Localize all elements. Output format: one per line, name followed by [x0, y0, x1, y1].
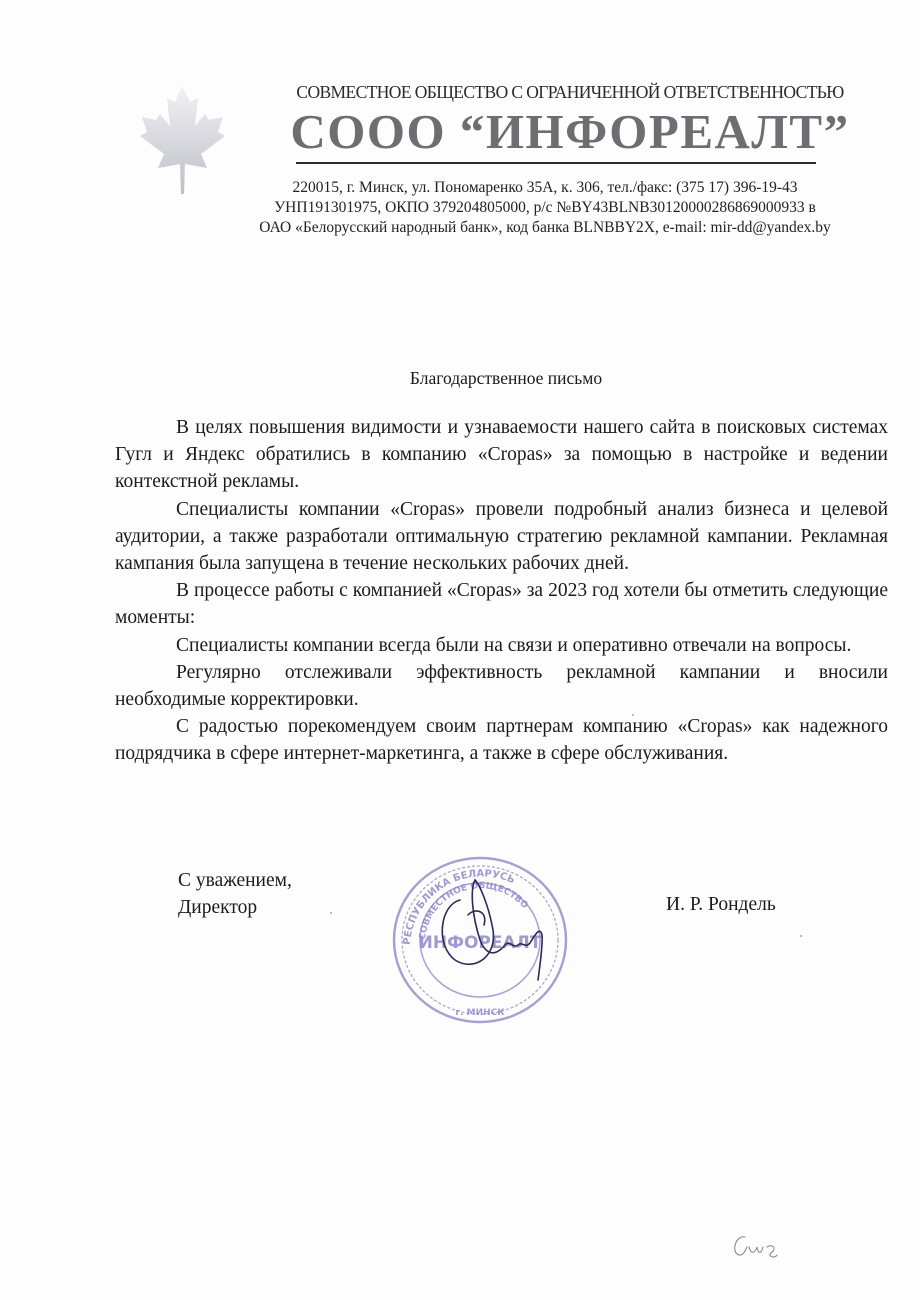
scan-speck — [285, 646, 287, 648]
letter-paragraph: Регулярно отслеживали эффективность рекл… — [115, 659, 888, 713]
scan-speck — [330, 912, 332, 914]
handwritten-initials-icon — [725, 1225, 795, 1265]
company-legal-form: СОВМЕСТНОЕ ОБЩЕСТВО С ОГРАНИЧЕННОЙ ОТВЕТ… — [280, 82, 860, 103]
stamp-bottom-text: г. МИНСК — [455, 1008, 505, 1018]
letterhead-divider — [296, 162, 816, 164]
letter-paragraph: Специалисты компании «Cropas» провели по… — [115, 496, 888, 578]
company-contacts: 220015, г. Минск, ул. Пономаренко 35А, к… — [200, 178, 890, 238]
letter-paragraph: С радостью порекомендуем своим партнерам… — [115, 713, 888, 767]
company-stamp-icon: РЕСПУБЛИКА БЕЛАРУСЬ СОВМЕСТНОЕ ОБЩЕСТВО … — [380, 845, 580, 1030]
letter-page: СОВМЕСТНОЕ ОБЩЕСТВО С ОГРАНИЧЕННОЙ ОТВЕТ… — [0, 0, 920, 1300]
scan-speck — [800, 935, 802, 937]
contact-bank-line: ОАО «Белорусский народный банк», код бан… — [200, 218, 890, 238]
contact-address-line: 220015, г. Минск, ул. Пономаренко 35А, к… — [200, 178, 890, 198]
letter-title: Благодарственное письмо — [0, 368, 920, 389]
scan-speck — [632, 714, 634, 716]
signature-closing-block: С уважением, Директор — [178, 867, 292, 921]
letter-paragraph: Специалисты компании всегда были на связ… — [115, 632, 888, 659]
company-name: СООО “ИНФОРЕАЛТ” — [280, 106, 860, 158]
closing-phrase: С уважением, — [178, 867, 292, 894]
signer-position: Директор — [178, 894, 292, 921]
letter-body: В целях повышения видимости и узнаваемос… — [115, 414, 888, 768]
signer-name: И. Р. Рондель — [666, 894, 776, 916]
stamp-center-text: ИНФОРЕАЛТ — [419, 933, 542, 953]
letter-paragraph: В целях повышения видимости и узнаваемос… — [115, 414, 888, 496]
letter-paragraph: В процессе работы с компанией «Cropas» з… — [115, 577, 888, 631]
contact-registration-line: УНП191301975, ОКПО 379204805000, р/с №BY… — [200, 198, 890, 218]
